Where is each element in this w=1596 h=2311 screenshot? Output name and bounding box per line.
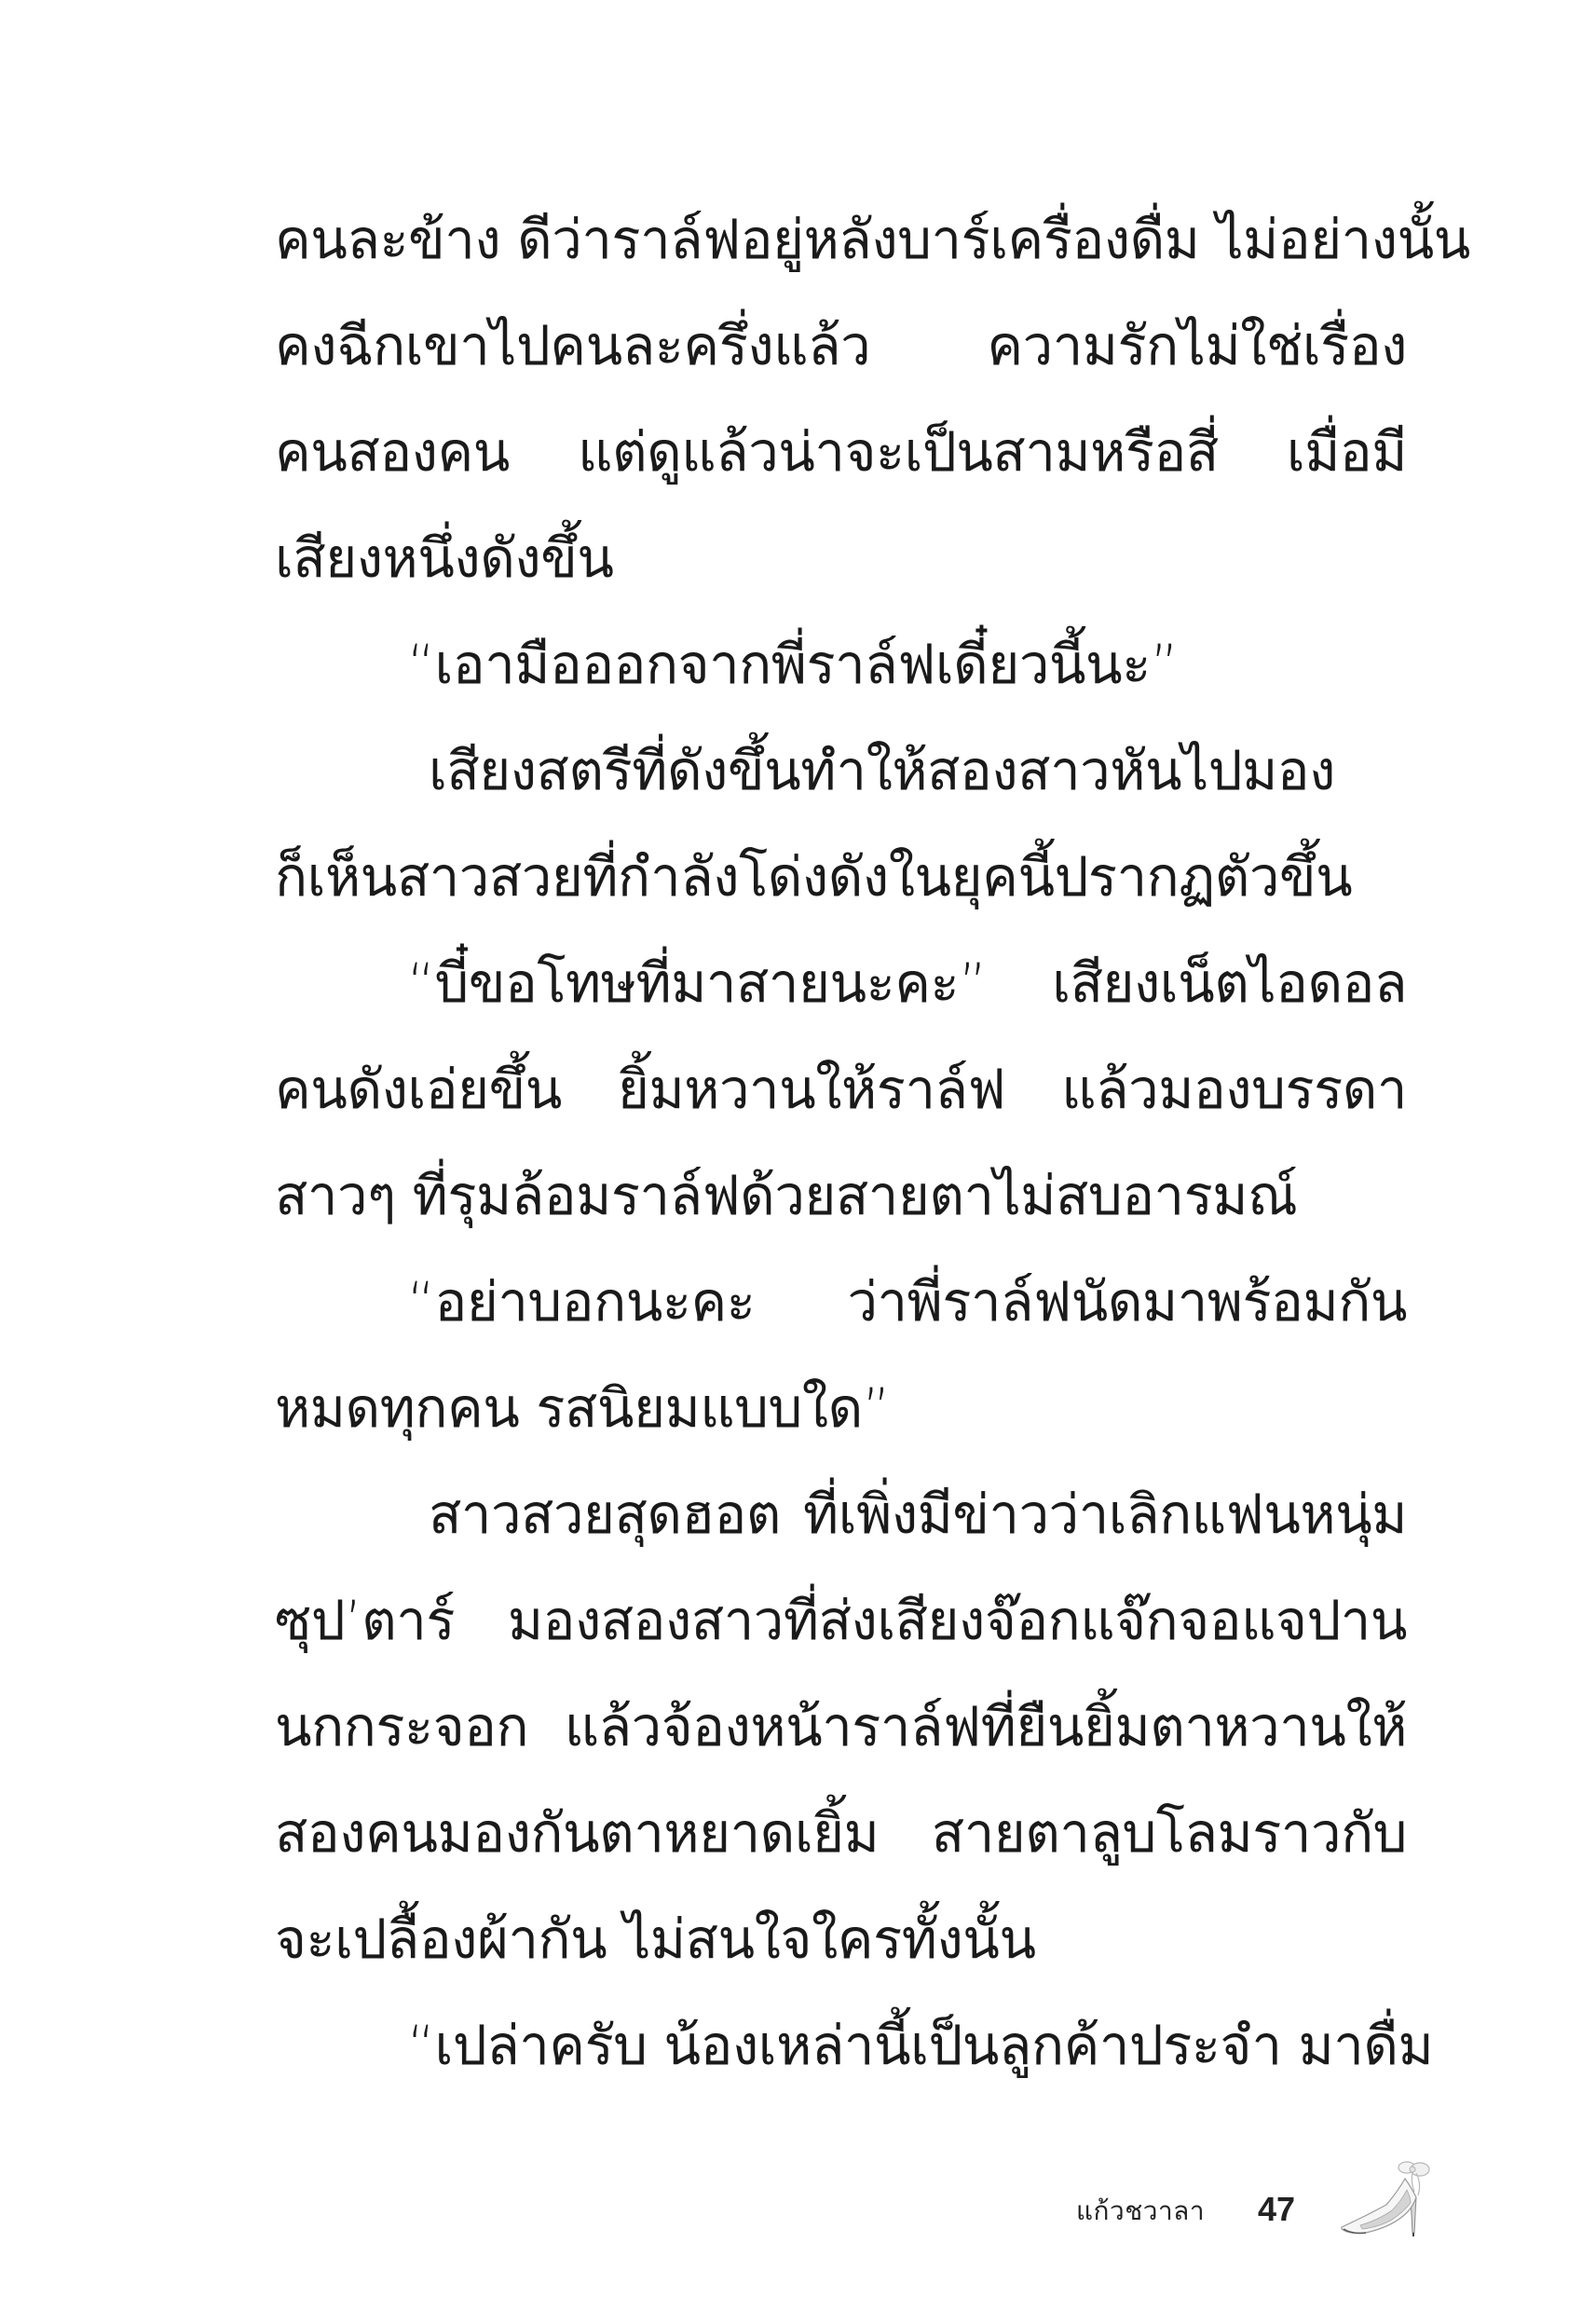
text-line: เสียงสตรีที่ดังขึ้นทำให้สองสาวหันไปมอง xyxy=(275,718,1407,824)
dialogue-line: “อย่าบอกนะคะ ว่าพี่ราล์ฟนัดมาพร้อมกัน xyxy=(275,1249,1407,1355)
text-line: สาวสวยสุดฮอต ที่เพิ่งมีข่าวว่าเลิกแฟนหนุ… xyxy=(275,1461,1407,1567)
text-line: สาวๆ ที่รุมล้อมราล์ฟด้วยสายตาไม่สบอารมณ์ xyxy=(275,1142,1407,1249)
text-line: นกกระจอก แล้วจ้องหน้าราล์ฟที่ยืนยิ้มตาหว… xyxy=(275,1674,1407,1780)
dialogue-line: “บี๋ขอโทษที่มาสายนะคะ” เสียงเน็ตไอดอล xyxy=(275,930,1407,1036)
dialogue-line: “เปล่าครับ น้องเหล่านี้เป็นลูกค้าประจำ ม… xyxy=(275,1992,1407,2099)
text-line: คนสองคน แต่ดูแล้วน่าจะเป็นสามหรือสี่ เมื… xyxy=(275,399,1407,505)
text-line: เสียงหนึ่งดังขึ้น xyxy=(275,505,1407,611)
text-line: สองคนมองกันตาหยาดเยิ้ม สายตาลูบโลมราวกับ xyxy=(275,1780,1407,1886)
book-page: คนละข้าง ดีว่าราล์ฟอยู่หลังบาร์เครื่องดื… xyxy=(0,0,1596,2311)
text-line: คนดังเอ่ยขึ้น ยิ้มหวานให้ราล์ฟ แล้วมองบร… xyxy=(275,1036,1407,1142)
text-line: ก็เห็นสาวสวยที่กำลังโด่งดังในยุคนี้ปรากฏ… xyxy=(275,824,1407,930)
text-line: คงฉีกเขาไปคนละครึ่งแล้ว ความรักไม่ใช่เรื… xyxy=(275,293,1407,399)
text-line: ซุป’ตาร์ มองสองสาวที่ส่งเสียงจ๊อกแจ๊กจอแ… xyxy=(275,1567,1407,1674)
text-line: หมดทุกคน รสนิยมแบบใด” xyxy=(275,1355,1407,1461)
page-number: 47 xyxy=(1258,2191,1295,2228)
text-line: คนละข้าง ดีว่าราล์ฟอยู่หลังบาร์เครื่องดื… xyxy=(275,186,1407,293)
dialogue-line: “เอามือออกจากพี่ราล์ฟเดี๋ยวนี้นะ” xyxy=(275,611,1385,718)
text-line: จะเปลื้องผ้ากัน ไม่สนใจใครทั้งนั้น xyxy=(275,1886,1407,1992)
glass-slipper-icon xyxy=(1338,2154,1435,2240)
running-title: แก้วชวาลา xyxy=(1076,2193,1205,2230)
